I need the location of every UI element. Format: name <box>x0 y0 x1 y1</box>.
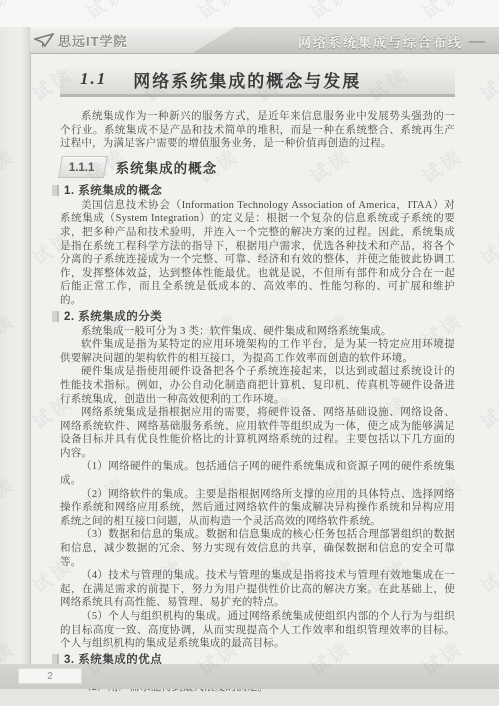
book-title: 网络系统集成与综合布线 <box>298 32 463 51</box>
trial-watermark: 试读 <box>474 60 499 107</box>
heading-text: 1. 系统集成的概念 <box>64 184 162 198</box>
subsection-number: 1.1.1 <box>69 162 95 174</box>
trial-watermark: 试读 <box>474 552 499 599</box>
header-rule <box>469 41 485 43</box>
body-paragraph: （5）个人与组织机构的集成。通过网络系统集成使组织内部的个人行为与组织的目标高度… <box>60 610 455 651</box>
page-header: 思远IT学院 网络系统集成与综合布线 <box>0 27 499 54</box>
trial-watermark: 试读 <box>474 224 499 271</box>
paper-plane-icon <box>34 33 54 49</box>
page-content: 1.1 网络系统集成的概念与发展 系统集成作为一种新兴的服务方式，是近年来信息服… <box>60 64 455 695</box>
publisher-logo: 思远IT学院 <box>34 31 128 50</box>
section-heading-banner: 1.1 网络系统集成的概念与发展 <box>60 64 455 97</box>
heading-text: 2. 系统集成的分类 <box>64 310 162 324</box>
body-paragraph: （1）网络硬件的集成。包括通信子网的硬件系统集成和资源子网的硬件系统集成。 <box>60 460 455 487</box>
scanned-book-page: 思远IT学院 网络系统集成与综合布线 1.1 网络系统集成的概念与发展 系统集成… <box>0 0 499 706</box>
body-paragraph: 系统集成一般可分为 3 类：软件集成、硬件集成和网络系统集成。 <box>60 325 455 339</box>
body-paragraph: 软件集成是指为某特定的应用环境架构的工作平台，是为某一特定应用环境提供要解决问题… <box>60 338 455 365</box>
body-paragraph: 硬件集成是指使用硬件设备把各个子系统连接起来，以达到或超过系统设计的性能技术指标… <box>60 365 455 406</box>
page-spine-shadow <box>30 52 31 700</box>
body-paragraph: 网络系统集成是指根据应用的需要，将硬件设备、网络基础设施、网络设备、网络系统软件… <box>60 406 455 460</box>
page-left-edge <box>0 27 30 706</box>
page-footer: 2 <box>0 664 499 689</box>
publisher-logo-text: 思远IT学院 <box>58 31 128 50</box>
numbered-heading: 1. 系统集成的概念 <box>52 184 455 198</box>
scan-top-margin <box>0 0 499 27</box>
subsection-title: 系统集成的概念 <box>116 157 218 177</box>
subsection-number-chip: 1.1.1 <box>58 156 107 178</box>
section-title: 网络系统集成的概念与发展 <box>133 67 361 92</box>
body-paragraph: （4）技术与管理的集成。技术与管理的集成是指将技术与管理有效地集成在一起，在满足… <box>60 569 455 610</box>
heading-bullet-icon <box>52 185 59 196</box>
intro-paragraph: 系统集成作为一种新兴的服务方式，是近年来信息服务业中发展势头强劲的一个行业。系统… <box>60 110 455 151</box>
body-paragraph: （3）数据和信息的集成。数据和信息集成的核心任务包括合理部署组织的数据和信息，减… <box>60 528 455 569</box>
page-number-box: 2 <box>18 668 82 684</box>
subsection-heading: 1.1.1 系统集成的概念 <box>60 158 455 176</box>
heading-bullet-icon <box>52 311 59 322</box>
section-number: 1.1 <box>80 69 107 89</box>
body-paragraph: （2）网络软件的集成。主要是指根据网络所支撑的应用的具体特点、选择网络操作系统和… <box>60 488 455 529</box>
page-number: 2 <box>47 671 53 682</box>
running-head: 网络系统集成与综合布线 <box>298 32 485 51</box>
body-paragraph: 美国信息技术协会（Information Technology Associat… <box>60 199 455 308</box>
body-blocks: 1. 系统集成的概念美国信息技术协会（Information Technolog… <box>60 184 455 695</box>
numbered-heading: 2. 系统集成的分类 <box>52 310 455 324</box>
trial-watermark: 试读 <box>474 388 499 435</box>
